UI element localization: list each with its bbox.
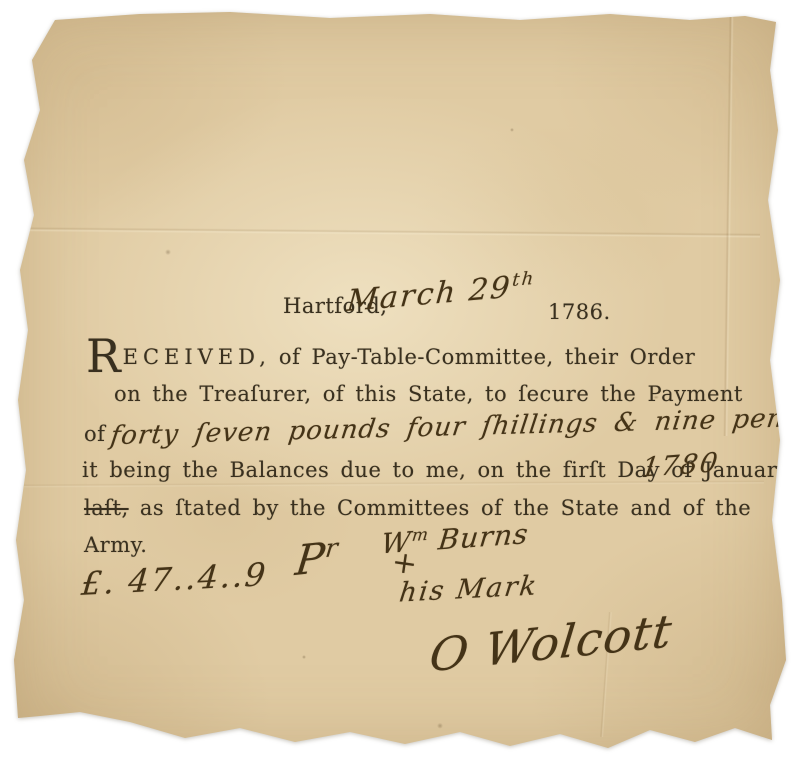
dateline-date-ordinal: th xyxy=(511,268,536,291)
received-line-rest: of Pay-Table-Committee, their Order xyxy=(279,345,695,369)
his-mark-caption-handwritten: his Mark xyxy=(398,570,540,608)
body-line-6: Army. xyxy=(84,533,147,557)
official-signature-wolcott: O Wolcott xyxy=(427,604,675,683)
horizontal-fold-crease-top xyxy=(30,227,760,238)
per-superscript: r xyxy=(324,533,339,563)
received-dropcap: R xyxy=(86,336,123,377)
vertical-fold-crease-right xyxy=(723,16,734,436)
body-line-3-prefix: of xyxy=(84,422,105,446)
amount-figures-handwritten: £. 47..4..9 xyxy=(80,555,269,603)
scanned-receipt-view: Hartford, March 29th 1786. RECEIVED,of P… xyxy=(0,0,800,764)
paper-wrapper: Hartford, March 29th 1786. RECEIVED,of P… xyxy=(0,0,800,764)
dateline-year: 1786. xyxy=(548,300,611,324)
body-line-2: on the Treaſurer, of this State, to ſecu… xyxy=(114,382,743,406)
payee-surname: Burns xyxy=(427,517,531,557)
amount-in-words-handwritten: forty ſeven pounds four ſhillings & nine… xyxy=(109,403,800,451)
due-year-handwritten: 1780 xyxy=(639,447,721,483)
struck-word-last: laſt, xyxy=(84,496,129,520)
body-line-5: laſt, as ſtated by the Committees of the… xyxy=(84,496,751,520)
dateline-date-handwritten: March 29th xyxy=(345,268,536,319)
received-line: RECEIVED,of Pay-Table-Committee, their O… xyxy=(86,336,695,377)
receipt-paper: Hartford, March 29th 1786. RECEIVED,of P… xyxy=(0,0,800,764)
received-caps: ECEIVED, xyxy=(123,345,271,369)
per-abbreviation-handwritten: Pr xyxy=(293,532,339,585)
body-line-5-rest: as ſtated by the Committees of the State… xyxy=(140,496,751,520)
